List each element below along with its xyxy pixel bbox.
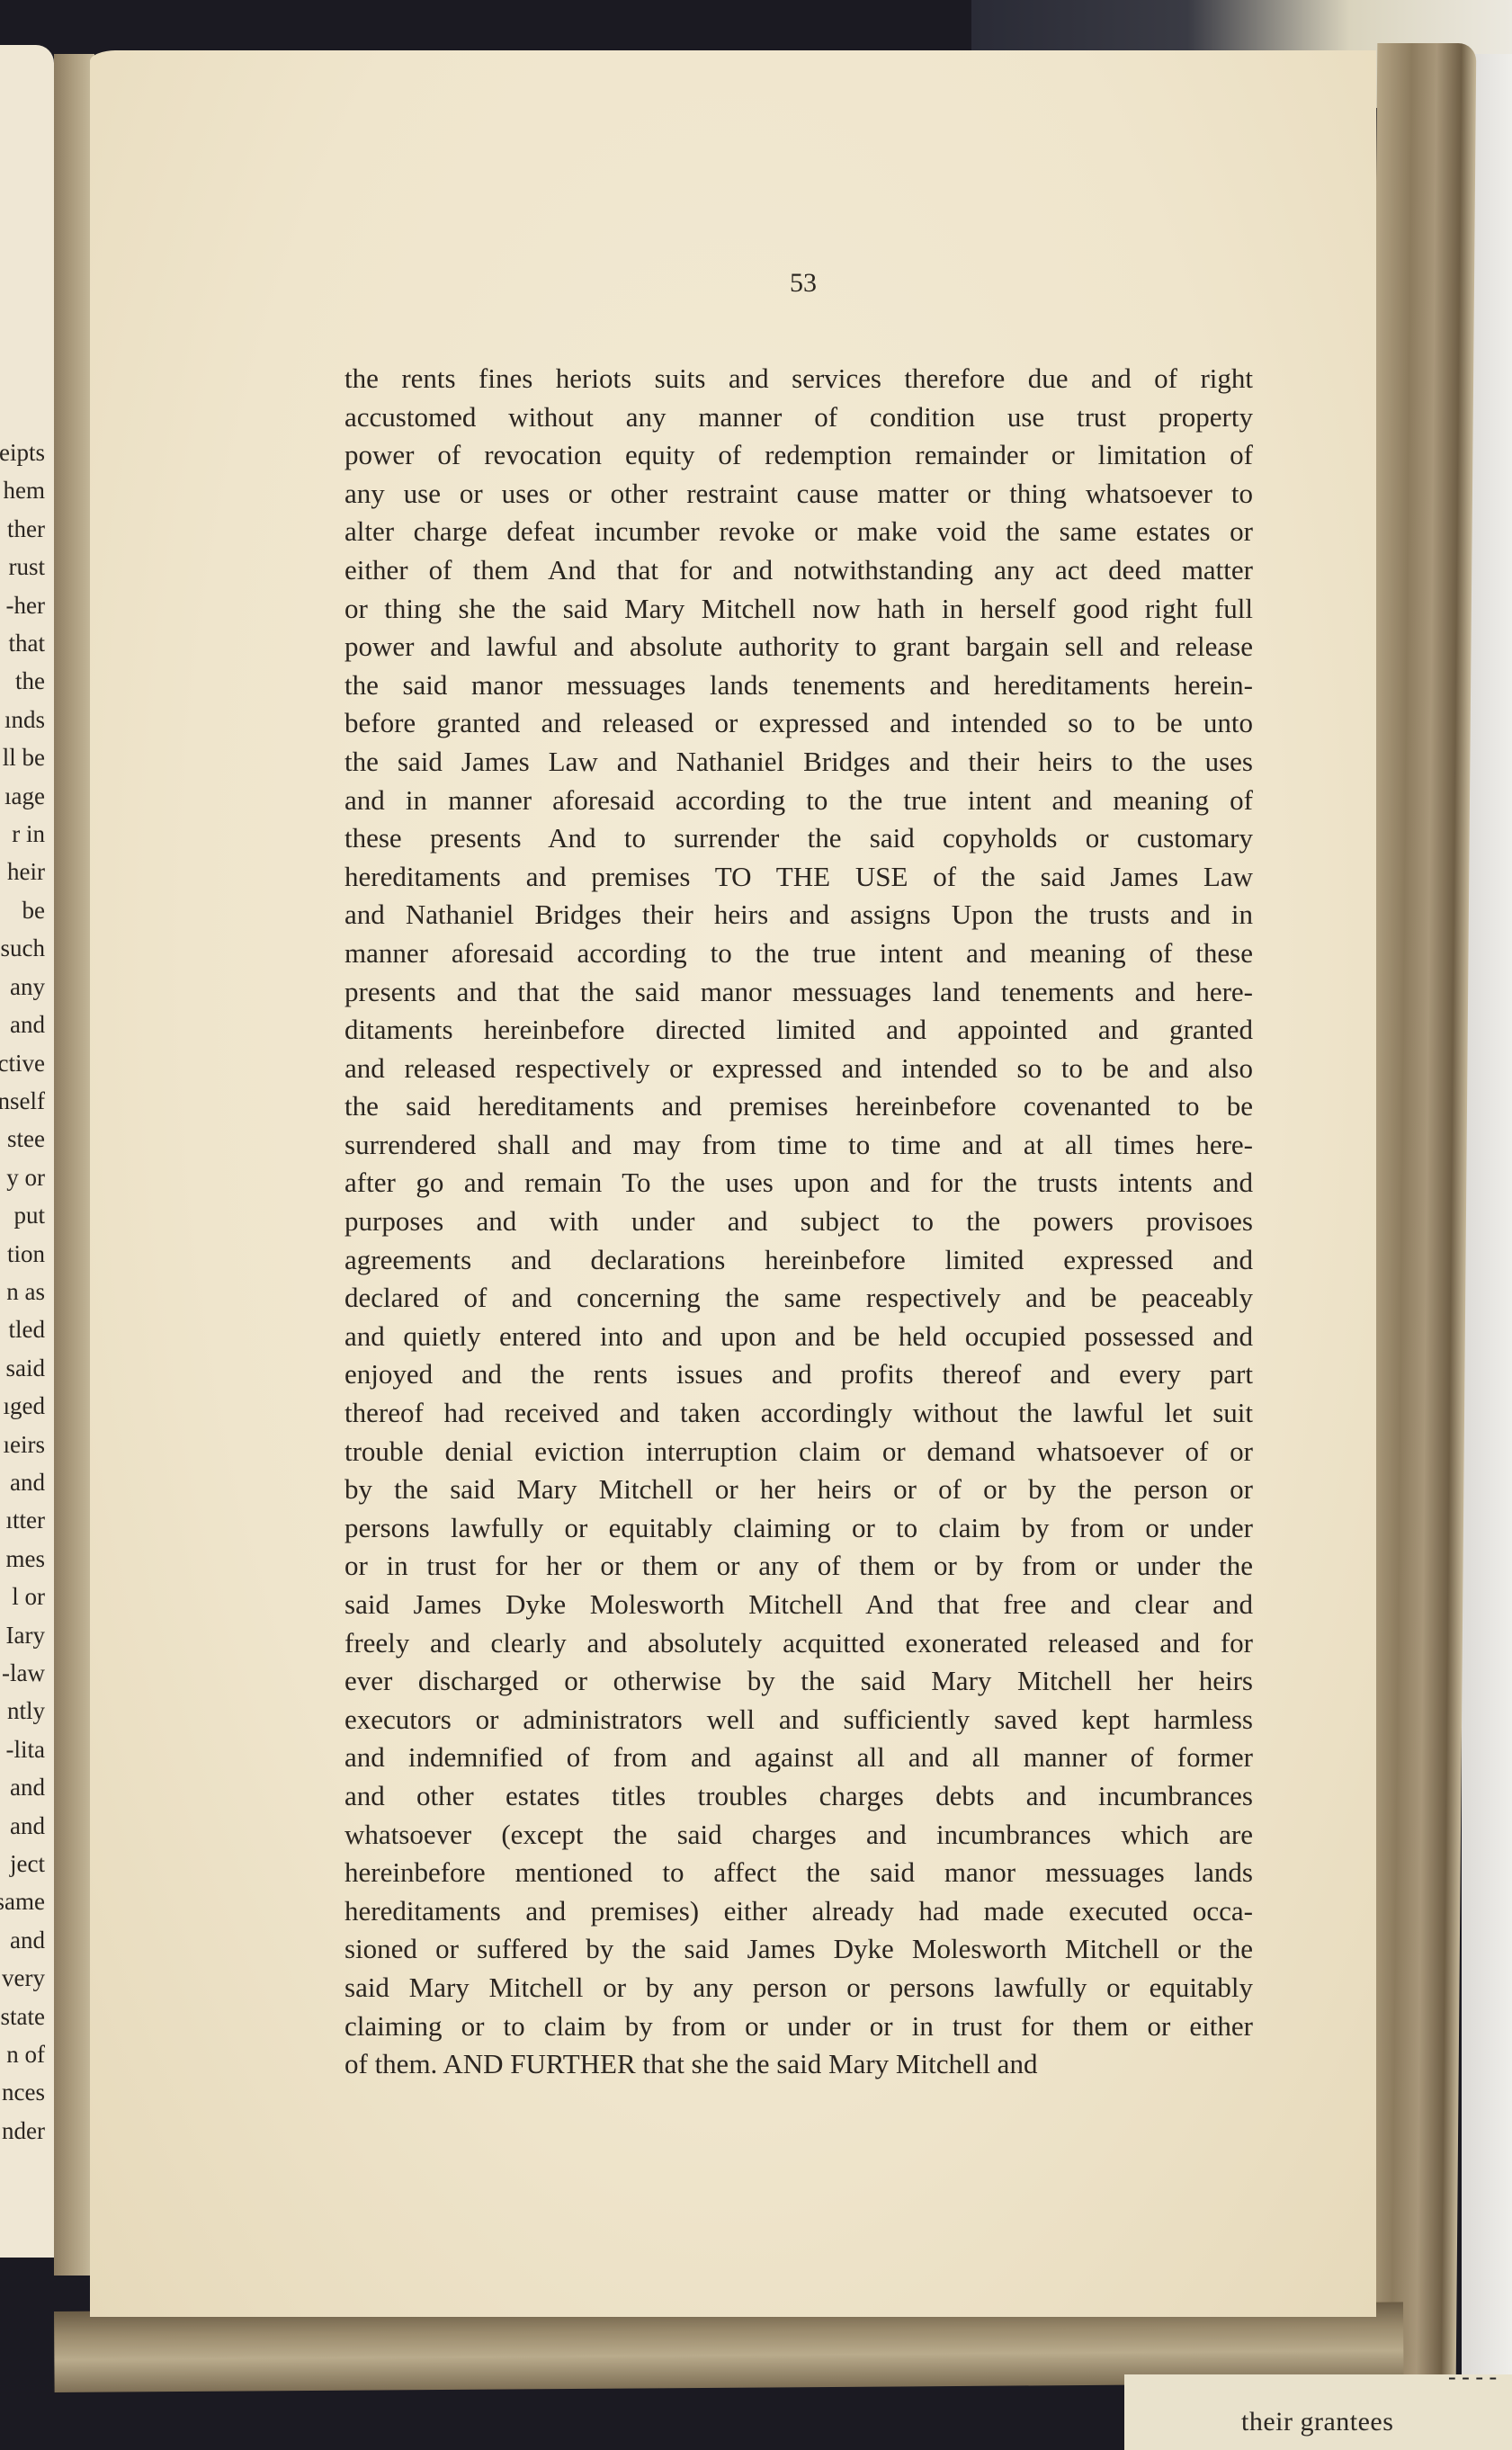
facing-page-fragment: hem [0,471,45,509]
text-line: said James Dyke Molesworth Mitchell And … [344,1586,1253,1624]
facing-page-fragment: ject [0,1845,45,1882]
facing-page-fragment: same [0,1882,45,1920]
facing-page-fragment: and [0,1768,45,1806]
text-line: of them. AND FURTHER that she the said M… [344,2045,1253,2084]
text-line: thereof had received and taken according… [344,1394,1253,1433]
text-line: presents and that the said manor messuag… [344,973,1253,1012]
text-line: said Mary Mitchell or by any person or p… [344,1969,1253,2007]
facing-page-fragment: ıeirs [0,1426,45,1463]
facing-page-fragment: n as [0,1273,45,1310]
page-number: 53 [790,268,817,299]
facing-page-fragment: heir [0,853,45,890]
text-line: power and lawful and absolute authority … [344,628,1253,666]
text-line: sioned or suffered by the said James Dyk… [344,1930,1253,1969]
text-line: either of them And that for and notwiths… [344,551,1253,590]
text-line: trouble denial eviction interruption cla… [344,1433,1253,1471]
facing-page-fragment: mes [0,1540,45,1578]
facing-page-fragment: state [0,1998,45,2035]
text-line: power of revocation equity of redemption… [344,436,1253,475]
facing-page-fragment: lita- [0,1730,45,1768]
facing-page-fragment: and [0,1006,45,1043]
text-line: hereditaments and premises) either alrea… [344,1892,1253,1931]
text-line: whatsoever (except the said charges and … [344,1816,1253,1855]
book-gutter [54,54,94,2276]
text-line: these presents And to surrender the said… [344,819,1253,858]
text-line: or thing she the said Mary Mitchell now … [344,590,1253,629]
text-line: ditaments hereinbefore directed limited … [344,1011,1253,1050]
text-line: any use or uses or other restraint cause… [344,475,1253,514]
facing-page-fragment: Iary [0,1616,45,1654]
facing-page-fragment: be [0,891,45,929]
facing-page-fragment: the [0,662,45,700]
text-line: and Nathaniel Bridges their heirs and as… [344,896,1253,934]
facing-page-fragment: and [0,1807,45,1845]
facing-page-fragment: l or [0,1578,45,1615]
facing-page-fragment: ther [0,510,45,548]
text-line: ever discharged or otherwise by the said… [344,1662,1253,1701]
text-line: enjoyed and the rents issues and profits… [344,1355,1253,1394]
text-line: by the said Mary Mitchell or her heirs o… [344,1471,1253,1509]
facing-page-fragment: rust [0,548,45,586]
facing-page-fragment: stee [0,1120,45,1158]
text-line: purposes and with under and subject to t… [344,1203,1253,1241]
text-line: the said hereditaments and premises here… [344,1087,1253,1126]
facing-page-fragment: ll be [0,738,45,776]
text-line: declared of and concerning the same resp… [344,1279,1253,1318]
facing-page-fragment: and [0,1463,45,1501]
text-line: and indemnified of from and against all … [344,1739,1253,1777]
facing-page-fragment: tion [0,1235,45,1273]
facing-page-fragment: put [0,1196,45,1234]
facing-page-fragment: eipts [0,434,45,471]
text-line: and in manner aforesaid according to the… [344,782,1253,820]
text-line: after go and remain To the uses upon and… [344,1164,1253,1203]
facing-page-fragment: ctive [0,1044,45,1082]
facing-page-fragment: nces [0,2073,45,2111]
text-line: and quietly entered into and upon and be… [344,1318,1253,1356]
facing-page-fragment: tled [0,1310,45,1348]
text-line: executors or administrators well and suf… [344,1701,1253,1739]
facing-page-fragment: nself [0,1082,45,1120]
facing-page-fragment: said [0,1349,45,1387]
text-line: hereinbefore mentioned to affect the sai… [344,1854,1253,1892]
facing-page-fragment: ıage [0,777,45,815]
facing-page: eiptshemtherrusther-thattheındsll beıage… [0,45,54,2258]
facing-page-fragment: that [0,624,45,662]
facing-page-fragment: such [0,929,45,967]
underlying-sheet-dashes: - - - - [1448,2364,1497,2391]
text-line: agreements and declarations hereinbefore… [344,1241,1253,1280]
facing-page-fragment: ınds [0,701,45,738]
facing-page-fragment: very [0,1959,45,1997]
facing-page-fragment: and [0,1921,45,1959]
facing-page-fragment: ıged [0,1387,45,1425]
facing-page-fragment: n of [0,2035,45,2073]
facing-page-fragment: ıtter [0,1501,45,1539]
page-body-text: the rents fines heriots suits and servic… [344,360,1253,2084]
text-line: freely and clearly and absolutely acquit… [344,1624,1253,1663]
text-line: before granted and released or expressed… [344,704,1253,743]
facing-page-fragment: nder [0,2112,45,2150]
text-line: hereditaments and premises TO THE USE of… [344,858,1253,897]
text-line: the said James Law and Nathaniel Bridges… [344,743,1253,782]
text-line: the rents fines heriots suits and servic… [344,360,1253,398]
facing-page-fragment: ntly [0,1692,45,1730]
text-line: claiming or to claim by from or under or… [344,2007,1253,2046]
facing-page-fragment: r in [0,815,45,853]
underlying-sheet-text: their grantees [1241,2407,1393,2437]
facing-page-fragment: law- [0,1654,45,1692]
text-line: surrendered shall and may from time to t… [344,1126,1253,1165]
text-line: alter charge defeat incumber revoke or m… [344,513,1253,551]
text-line: or in trust for her or them or any of th… [344,1547,1253,1586]
facing-page-fragment: y or [0,1158,45,1196]
text-line: and other estates titles troubles charge… [344,1777,1253,1816]
text-line: persons lawfully or equitably claiming o… [344,1509,1253,1548]
text-line: manner aforesaid according to the true i… [344,934,1253,973]
facing-page-text-fragments: eiptshemtherrusther-thattheındsll beıage… [0,434,45,2150]
text-line: the said manor messuages lands tenements… [344,666,1253,705]
facing-page-fragment: her- [0,586,45,624]
text-line: and released respectively or expressed a… [344,1050,1253,1088]
text-line: accustomed without any manner of conditi… [344,398,1253,437]
facing-page-fragment: any [0,968,45,1006]
